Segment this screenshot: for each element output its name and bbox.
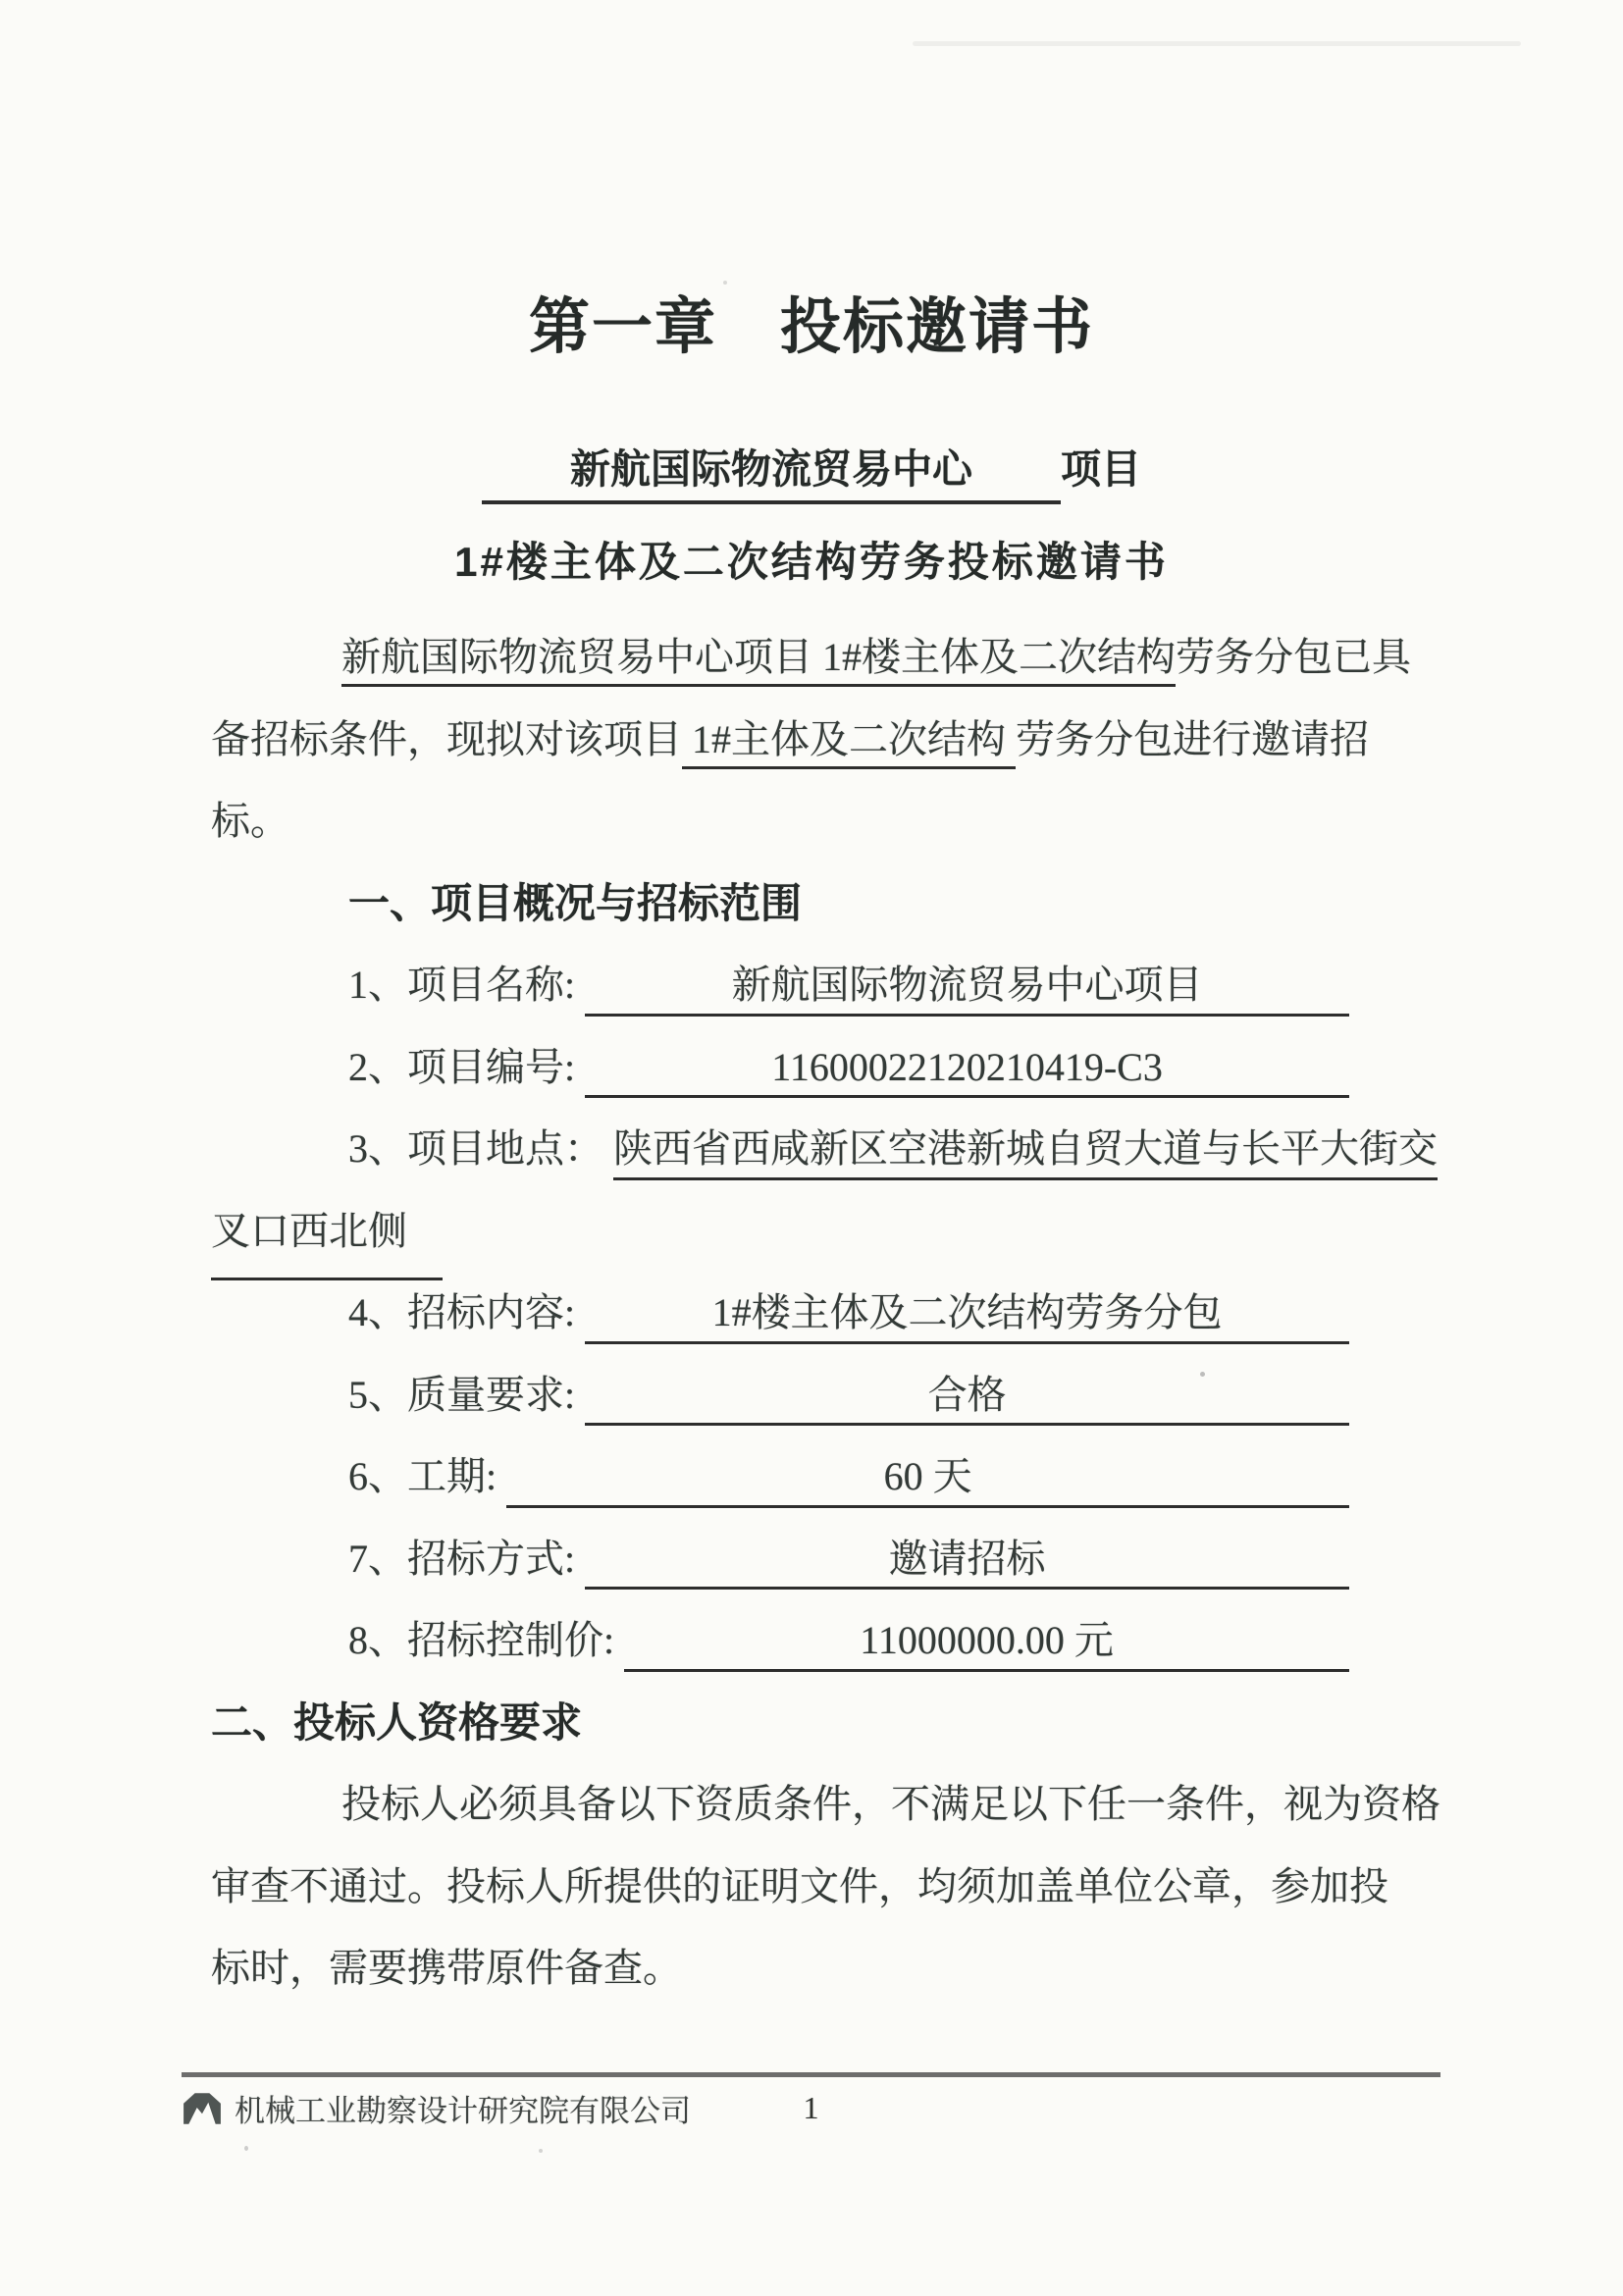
chapter-title: 第一章 投标邀请书 [0, 0, 1623, 365]
list-item-value: 60 天 [506, 1435, 1349, 1508]
plain-text: 劳务分包已具 [1176, 635, 1411, 679]
project-name-line: 新航国际物流贸易中心项目 [0, 444, 1623, 504]
text-line: 审查不通过。投标人所提供的证明文件，均须加盖单位公章，参加投 [211, 1846, 1410, 1928]
underlined-text: 1#主体及二次结构 [682, 717, 1016, 769]
footer-row: 机械工业勘察设计研究院有限公司 1 [182, 2086, 1440, 2130]
plain-text: 审查不通过。投标人所提供的证明文件，均须加盖单位公章，参加投 [211, 1864, 1388, 1908]
qualification-paragraph: 投标人必须具备以下资质条件，不满足以下任一条件，视为资格审查不通过。投标人所提供… [211, 1763, 1410, 2009]
document-body: 新航国际物流贸易中心项目 1#楼主体及二次结构劳务分包已具备招标条件，现拟对该项… [0, 616, 1623, 2009]
project-name-underlined: 新航国际物流贸易中心 [482, 444, 1061, 504]
plain-text: 投标人必须具备以下资质条件，不满足以下任一条件，视为资格 [341, 1782, 1440, 1826]
scan-artifact-streak [913, 41, 1521, 46]
list-item: 1、项目名称:新航国际物流贸易中心项目 [211, 944, 1410, 1026]
list-item: 4、招标内容:1#楼主体及二次结构劳务分包 [211, 1272, 1410, 1354]
list-item-label: 8、招标控制价: [348, 1599, 624, 1682]
list-item-value: 陕西省西咸新区空港新城自贸大道与长平大街交 [613, 1108, 1438, 1180]
list-item-label: 6、工期: [348, 1435, 506, 1518]
mountain-logo-icon [182, 2090, 223, 2127]
section-1-heading: 一、项目概况与招标范围 [211, 862, 1410, 945]
list-item-value: 11000000.00 元 [624, 1599, 1349, 1672]
page-footer: 机械工业勘察设计研究院有限公司 1 [182, 2072, 1440, 2130]
project-name-suffix: 项目 [1061, 446, 1141, 492]
list-item: 6、工期:60 天 [211, 1435, 1410, 1518]
list-item: 7、招标方式:邀请招标 [211, 1518, 1410, 1600]
project-overview-list: 1、项目名称:新航国际物流贸易中心项目2、项目编号:11600022120210… [211, 944, 1410, 1682]
scanned-document-page: 第一章 投标邀请书 新航国际物流贸易中心项目 1#楼主体及二次结构劳务投标邀请书… [0, 0, 1623, 2296]
scan-speck [1200, 1372, 1205, 1377]
list-item-value: 1#楼主体及二次结构劳务分包 [585, 1272, 1349, 1344]
list-item-label: 5、质量要求: [348, 1354, 585, 1436]
text-line: 新航国际物流贸易中心项目 1#楼主体及二次结构劳务分包已具 [211, 616, 1410, 699]
footer-company-name: 机械工业勘察设计研究院有限公司 [235, 2086, 691, 2130]
list-item-value: 叉口西北侧 [211, 1190, 443, 1281]
document-subtitle: 1#楼主体及二次结构劳务投标邀请书 [0, 536, 1623, 589]
list-item-label: 7、招标方式: [348, 1518, 585, 1600]
text-line: 标时，需要携带原件备查。 [211, 1927, 1410, 2009]
text-line: 投标人必须具备以下资质条件，不满足以下任一条件，视为资格 [211, 1763, 1410, 1846]
list-item: 5、质量要求:合格 [211, 1354, 1410, 1436]
scan-speck [539, 2149, 543, 2153]
plain-text: 标。 [211, 799, 289, 843]
list-item-label: 2、项目编号: [348, 1026, 585, 1109]
list-item-continuation: 叉口西北侧 [211, 1190, 1410, 1273]
scan-speck [723, 281, 727, 285]
list-item-value: 11600022120210419-C3 [585, 1026, 1349, 1099]
underlined-text: 新航国际物流贸易中心项目 1#楼主体及二次结构 [341, 635, 1176, 687]
text-line: 标。 [211, 780, 1410, 862]
list-item: 3、项目地点：陕西省西咸新区空港新城自贸大道与长平大街交 [211, 1108, 1410, 1190]
intro-paragraph: 新航国际物流贸易中心项目 1#楼主体及二次结构劳务分包已具备招标条件，现拟对该项… [211, 616, 1410, 862]
plain-text: 劳务分包进行邀请招 [1016, 717, 1369, 761]
list-item-label: 4、招标内容: [348, 1272, 585, 1354]
plain-text: 标时，需要携带原件备查。 [211, 1946, 682, 1990]
plain-text: 备招标条件，现拟对该项目 [211, 717, 682, 761]
list-item-label: 1、项目名称: [348, 944, 585, 1026]
section-2-heading: 二、投标人资格要求 [211, 1682, 1410, 1764]
page-number: 1 [804, 2090, 819, 2126]
list-item: 2、项目编号:11600022120210419-C3 [211, 1026, 1410, 1109]
footer-rule [182, 2072, 1440, 2077]
list-item: 8、招标控制价:11000000.00 元 [211, 1599, 1410, 1682]
list-item-label: 3、项目地点： [348, 1108, 613, 1190]
scan-speck [244, 2146, 248, 2151]
list-item-value: 邀请招标 [585, 1518, 1349, 1591]
text-line: 备招标条件，现拟对该项目 1#主体及二次结构 劳务分包进行邀请招 [211, 699, 1410, 781]
list-item-value: 合格 [585, 1354, 1349, 1427]
list-item-value: 新航国际物流贸易中心项目 [585, 944, 1349, 1017]
